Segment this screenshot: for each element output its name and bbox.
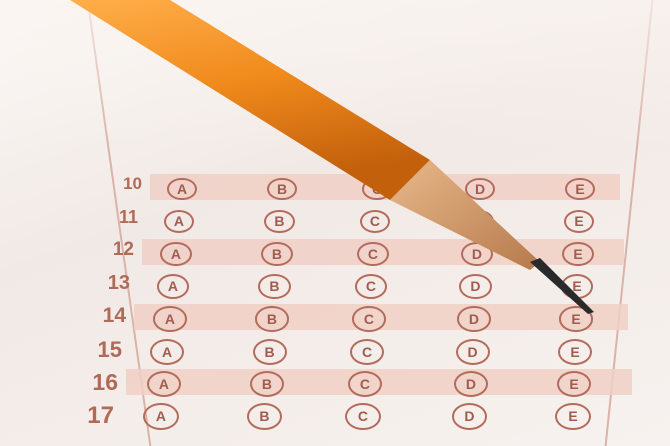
pencil-icon [0,0,670,446]
photo-scene: 10ABCDE11ABCDE12ABCDE13ABCDE14ABCDE15ABC… [0,0,670,446]
